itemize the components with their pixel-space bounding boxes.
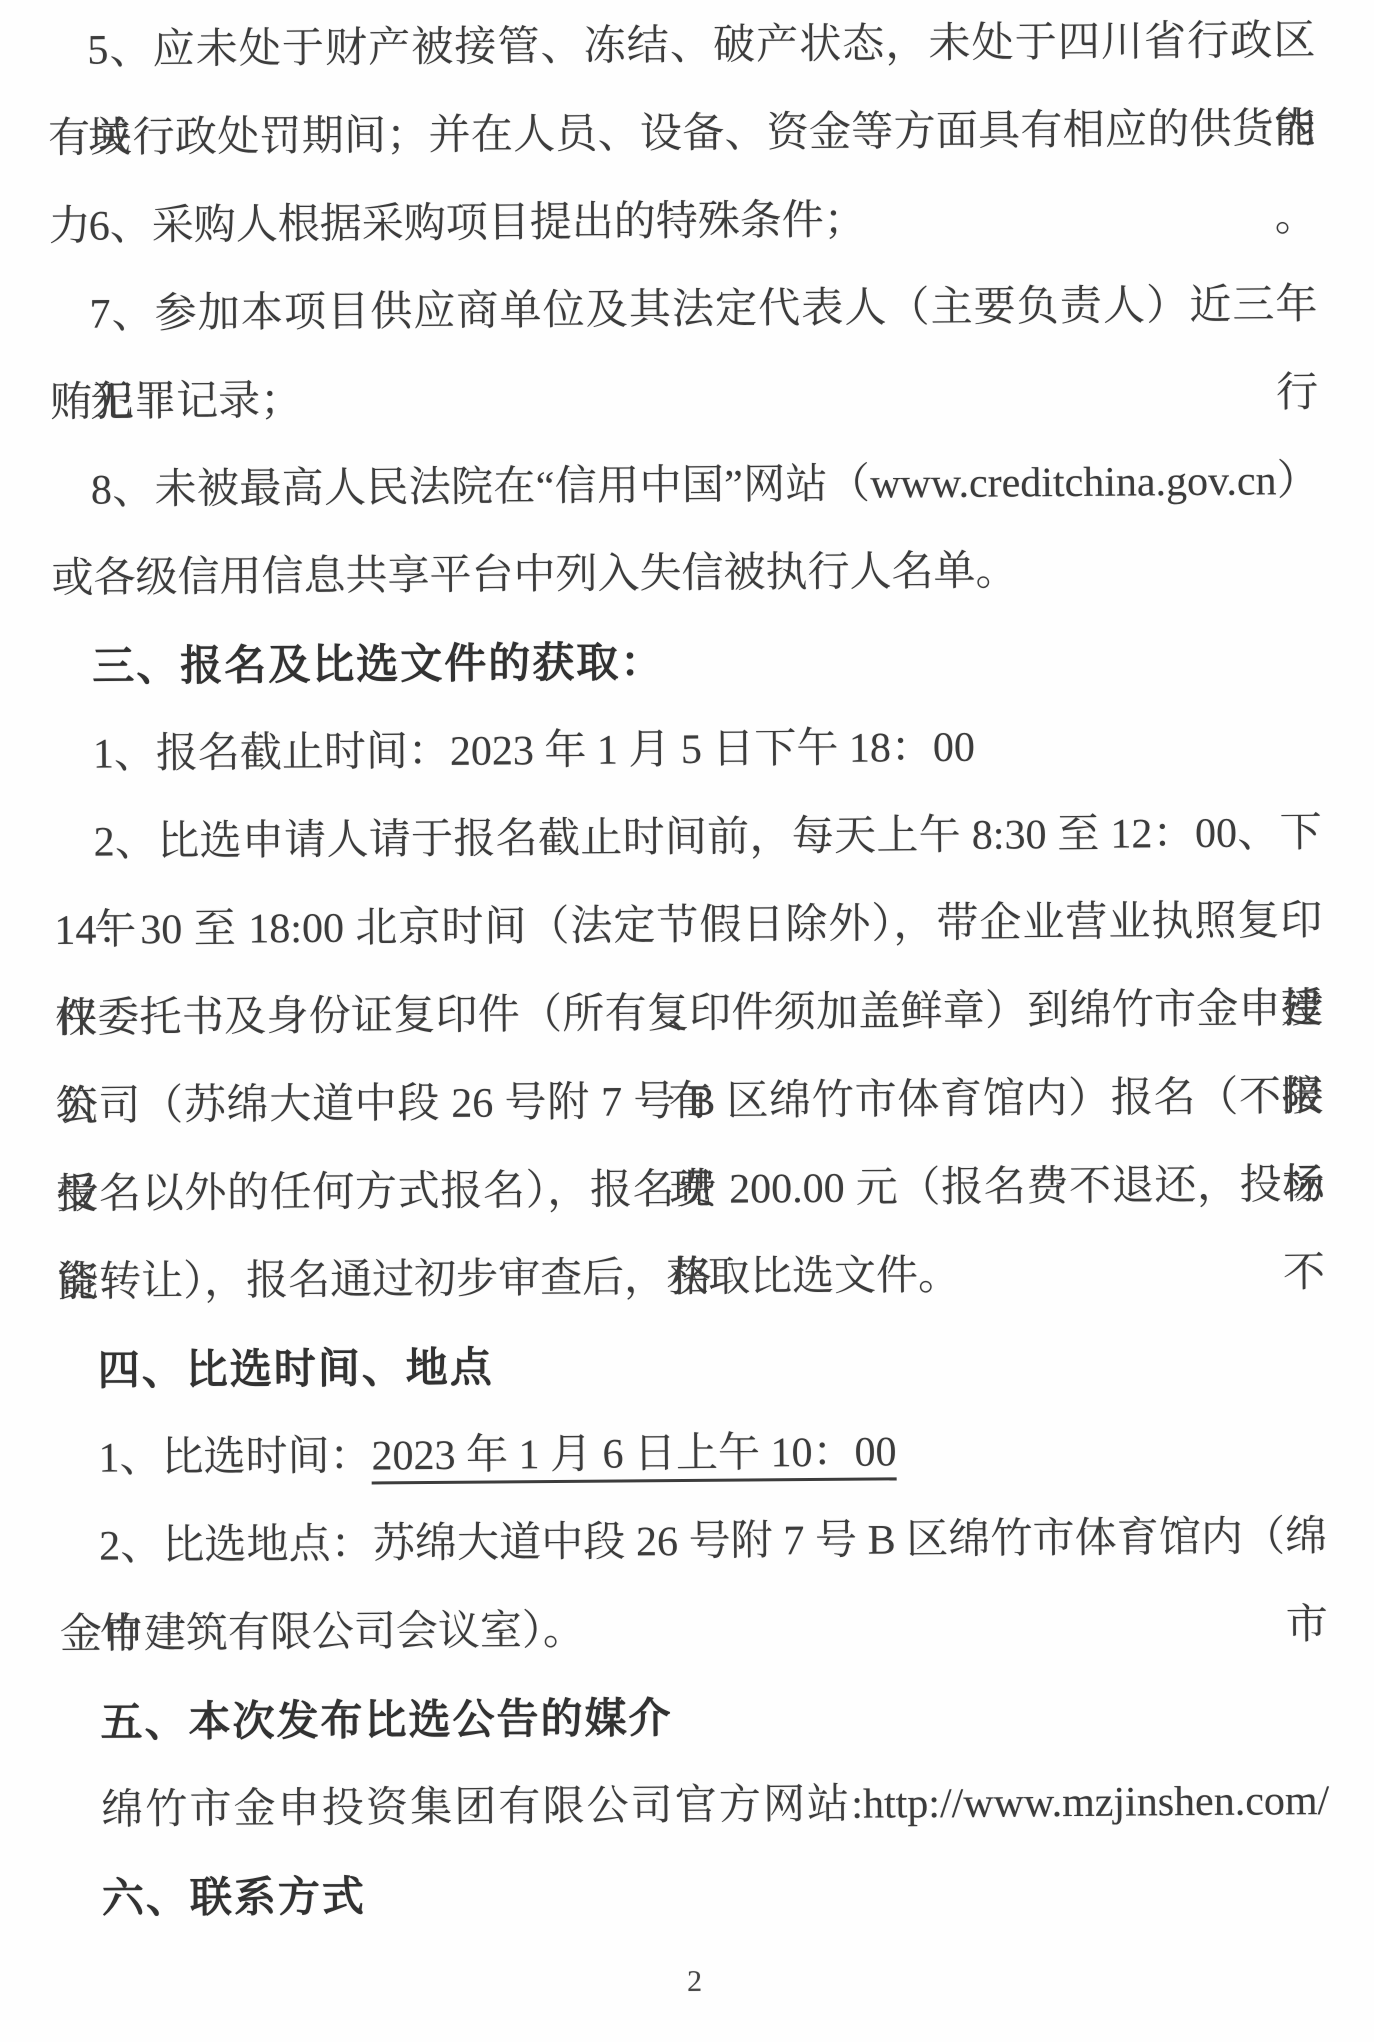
- document-text-block: 5、应未处于财产被接管、冻结、破产状态，未处于四川省行政区域内 有关行政处罚期间…: [0, 0, 1374, 2031]
- item5-line1: 5、应未处于财产被接管、冻结、破产状态，未处于四川省行政区域内: [87, 0, 1316, 95]
- item8-line2: 或各级信用信息共享平台中列入失信被执行人名单。: [51, 525, 1320, 623]
- section3-heading: 三、报名及比选文件的获取：: [92, 613, 1321, 711]
- item5-line2: 有关行政处罚期间；并在人员、设备、资金等方面具有相应的供货能力。: [48, 85, 1317, 183]
- section5-heading: 五、本次发布比选公告的媒介: [100, 1669, 1329, 1767]
- section3-item2-line4: 公司（苏绵大道中段 26 号附 7 号 B 区绵竹市体育馆内）报名（不接受现场: [55, 1053, 1324, 1151]
- section4-heading: 四、比选时间、地点: [97, 1317, 1326, 1415]
- section3-item2-line1: 2、比选申请人请于报名截止时间前，每天上午 8:30 至 12：00、下午: [93, 789, 1322, 887]
- section3-item1: 1、报名截止时间：2023 年 1 月 5 日下午 18：00: [93, 701, 1322, 799]
- item7-line1: 7、参加本项目供应商单位及其法定代表人（主要负责人）近三年无行: [89, 261, 1318, 359]
- item8-line1: 8、未被最高人民法院在“信用中国”网站（www.creditchina.gov.…: [91, 437, 1320, 535]
- section4-item1: 1、比选时间：2023 年 1 月 6 日上午 10：00: [98, 1405, 1327, 1503]
- section4-item1-underlined-date: 2023 年 1 月 6 日上午 10：00: [371, 1429, 896, 1484]
- section5-website-line: 绵竹市金申投资集团有限公司官方网站:http://www.mzjinshen.c…: [101, 1757, 1330, 1855]
- section3-item2-line3: 权委托书及身份证复印件（所有复印件须加盖鲜章）到绵竹市金申建筑有限: [55, 965, 1324, 1063]
- section6-heading: 六、联系方式: [102, 1845, 1331, 1943]
- document-page: 5、应未处于财产被接管、冻结、破产状态，未处于四川省行政区域内 有关行政处罚期间…: [0, 0, 1374, 2042]
- section3-item2-line5: 报名以外的任何方式报名），报名费 200.00 元（报名费不退还，投标资格不: [56, 1141, 1325, 1239]
- section4-item2-line1: 2、比选地点：苏绵大道中段 26 号附 7 号 B 区绵竹市体育馆内（绵竹市: [99, 1493, 1328, 1591]
- page-number: 2: [7, 1933, 1374, 2032]
- section4-item1-label: 1、比选时间：: [98, 1433, 371, 1481]
- section3-item2-line2: 14：30 至 18:00 北京时间（法定节假日除外），带企业营业执照复印件、授: [54, 877, 1323, 975]
